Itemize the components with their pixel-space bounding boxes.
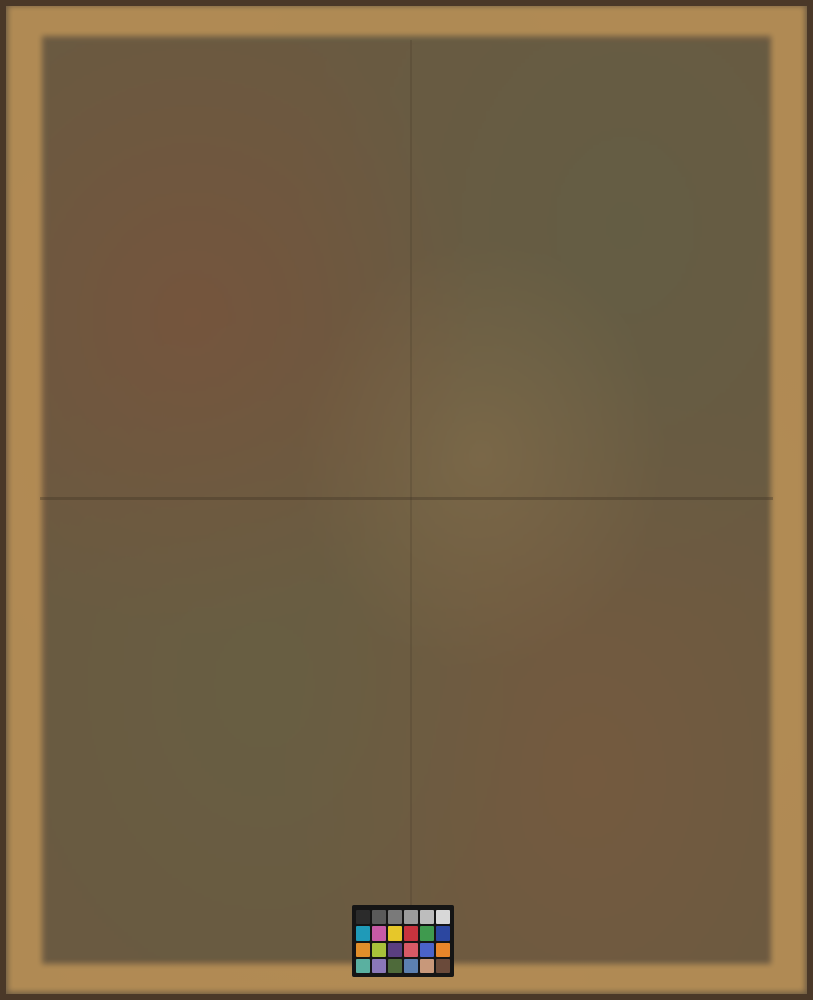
color-patch (372, 926, 386, 940)
color-patch (420, 959, 434, 973)
document-photo (0, 0, 813, 1000)
color-patch (372, 943, 386, 957)
color-patch (436, 910, 450, 924)
color-patch (404, 910, 418, 924)
color-patch (356, 943, 370, 957)
color-patch (356, 959, 370, 973)
color-patch (356, 910, 370, 924)
color-patch (404, 959, 418, 973)
vertical-fold-line (410, 40, 412, 960)
color-patch (372, 910, 386, 924)
color-patch (356, 926, 370, 940)
color-patch (436, 943, 450, 957)
color-patch (388, 943, 402, 957)
color-patch (388, 959, 402, 973)
color-patch (372, 959, 386, 973)
color-checker-card (352, 905, 454, 977)
horizontal-fold-line (40, 497, 773, 500)
color-patch (436, 926, 450, 940)
color-patch (420, 943, 434, 957)
color-patch (420, 926, 434, 940)
color-patch (388, 910, 402, 924)
color-patch (388, 926, 402, 940)
color-patch (404, 943, 418, 957)
color-patch (404, 926, 418, 940)
color-patch (436, 959, 450, 973)
color-patch (420, 910, 434, 924)
